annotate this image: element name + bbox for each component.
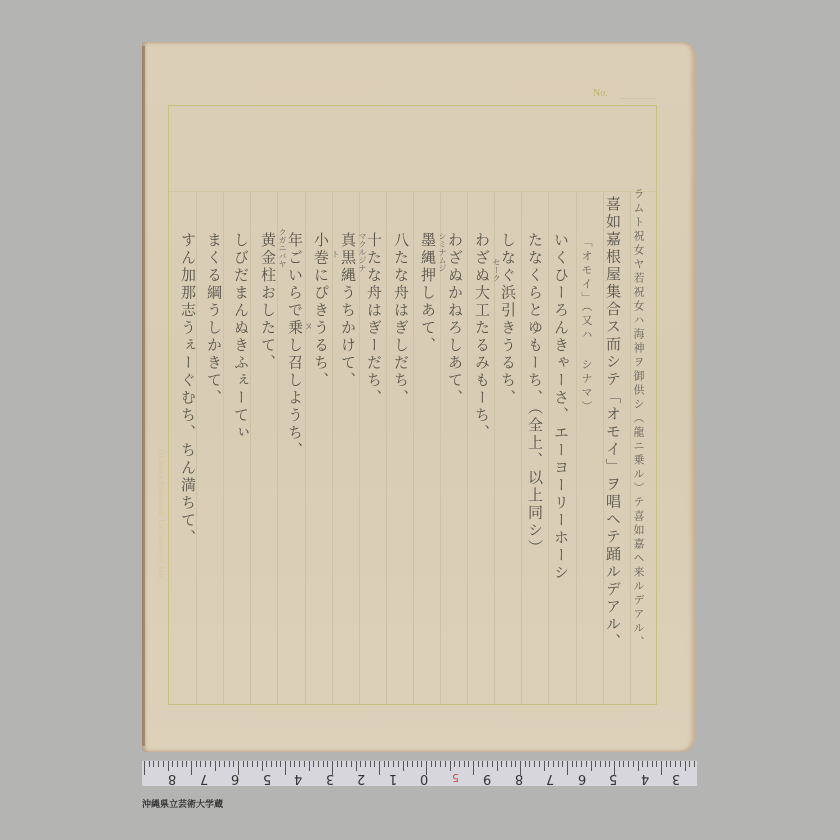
ruler-tick [215, 761, 216, 771]
ruler-tick [468, 761, 469, 767]
column-rule-line [467, 192, 468, 704]
ruler-tick [440, 761, 441, 767]
ruler-tick [388, 761, 389, 767]
ruler-tick [356, 761, 357, 771]
column-rule-line [548, 192, 549, 704]
ruler-tick [506, 761, 507, 767]
ruler-tick [351, 761, 352, 767]
ruler-tick [370, 761, 371, 767]
ruler-tick [186, 761, 187, 767]
ruler-tick [229, 761, 230, 767]
ruler-tick [417, 761, 418, 767]
column-rule-line [305, 192, 306, 704]
ruler-tick [609, 761, 610, 767]
ruler-tick [374, 761, 375, 767]
ruler-number: 8 [168, 771, 176, 786]
ruler-tick [431, 761, 432, 767]
ruler-tick [497, 761, 498, 771]
watermark-text: Okinawa Prefectural University of Arts [157, 450, 165, 579]
ruler-tick [403, 761, 404, 771]
ruler-tick [487, 761, 488, 767]
ruler-tick [205, 761, 206, 767]
ruler-tick [600, 761, 601, 767]
ruler-number: 0 [420, 771, 428, 786]
page-binding-edge [142, 46, 145, 746]
ruler-tick [252, 761, 253, 767]
ruler-tick [685, 761, 686, 771]
ruler-number: 4 [294, 771, 302, 786]
ruler-tick [153, 761, 154, 767]
ruler-tick [661, 761, 662, 775]
ruby-annotation: セーク [491, 258, 502, 282]
ruler-tick [384, 761, 385, 767]
ruler-tick [605, 761, 606, 767]
ruler-tick [689, 761, 690, 767]
manuscript-line: 年ごいらで乗し召しようち、 [287, 232, 302, 460]
ruler-tick [285, 761, 286, 775]
ruler-tick [262, 761, 263, 771]
ruler-tick [675, 761, 676, 767]
manuscript-line: わざぬかねろしあて、 [447, 232, 462, 407]
column-rule-line [576, 192, 577, 704]
ruler-tick [652, 761, 653, 767]
ruler-tick [309, 761, 310, 771]
ruler-number: 5 [609, 771, 617, 786]
manuscript-line: 十たな舟はぎーだち、 [366, 232, 381, 407]
ruler-tick [642, 761, 643, 767]
ruler-number: 3 [672, 771, 680, 786]
ruler-tick [576, 761, 577, 767]
ruler-number: 2 [357, 771, 365, 786]
ruler-tick [544, 761, 545, 771]
ruler-tick [529, 761, 530, 767]
ruler-tick [638, 761, 639, 771]
manuscript-line: 八たな舟はぎしだち、 [393, 232, 408, 407]
ruler-tick [172, 761, 173, 767]
ruler-tick [421, 761, 422, 767]
ruler-tick [337, 761, 338, 767]
ruler-tick [572, 761, 573, 767]
ruler-tick [271, 761, 272, 767]
ruler-tick [525, 761, 526, 767]
manuscript-line: すん加那志うぇーぐむち、ちん満ちて、 [180, 232, 195, 547]
ruler-number: 8 [515, 771, 523, 786]
ruler-tick [243, 761, 244, 767]
column-rule-line [223, 192, 224, 704]
ruler-tick [224, 761, 225, 767]
ruler-tick [586, 761, 587, 767]
ruler-tick [656, 761, 657, 767]
ruler-tick [196, 761, 197, 767]
ruler-tick [323, 761, 324, 767]
ruler-tick [567, 761, 568, 775]
ruler-number: 6 [578, 771, 586, 786]
ruler-tick [233, 761, 234, 767]
manuscript-line: まくる綱うしかきて、 [206, 232, 221, 407]
ruler-tick [633, 761, 634, 767]
ruler-tick [534, 761, 535, 767]
ruler-tick [360, 761, 361, 767]
manuscript-line: わざぬ大工たるみもーち、 [474, 232, 489, 442]
ruler-tick [299, 761, 300, 767]
ruler-number: 5 [263, 771, 271, 786]
ruler-tick [412, 761, 413, 767]
manuscript-line: 真黒縄うちかけて、 [340, 232, 355, 390]
ruler-tick [341, 761, 342, 767]
column-rule-line [630, 192, 631, 704]
ruler-tick [280, 761, 281, 767]
ruler-tick [511, 761, 512, 767]
ruler-tick [562, 761, 563, 767]
column-rule-line [413, 192, 414, 704]
ruler-tick [581, 761, 582, 767]
ruler-tick [558, 761, 559, 767]
ruler-tick [680, 761, 681, 767]
ruler-tick [210, 761, 211, 767]
ruler-tick [473, 761, 474, 775]
ruler-tick [379, 761, 380, 775]
ruler-tick [539, 761, 540, 767]
ruler-tick [266, 761, 267, 767]
ruler-tick [365, 761, 366, 767]
ruby-annotation: クガニバヤ [277, 228, 288, 268]
ruler-tick [435, 761, 436, 767]
manuscript-line: 小巻にぴきうるち、 [313, 232, 328, 390]
ruler-tick [450, 761, 451, 771]
ruler-number: 5 [452, 771, 459, 784]
ruler-number: 9 [483, 771, 491, 786]
manuscript-line: ラムト祝女ヤ若祝女ハ海神ヲ御供シ（龍ニ乗ル）テ喜如嘉ヘ来ルデアル、 [633, 188, 644, 650]
ruler-tick [478, 761, 479, 767]
collection-credit: 沖縄県立芸術大学蔵 [142, 797, 223, 810]
ruler-tick [666, 761, 667, 767]
ruler-tick [200, 761, 201, 767]
ruler-number: 4 [641, 771, 649, 786]
ruby-annotation: マクルジナ [357, 232, 368, 272]
ruler-tick [628, 761, 629, 767]
ruler-tick [182, 761, 183, 767]
column-rule-line [250, 192, 251, 704]
ruler-tick [144, 761, 145, 775]
ruler-tick [290, 761, 291, 767]
ruler-tick [318, 761, 319, 767]
ruler-tick [647, 761, 648, 767]
column-rule-line [332, 192, 333, 704]
ruler-tick [346, 761, 347, 767]
ruler-number: 7 [200, 771, 208, 786]
manuscript-line: 喜如嘉根屋集合ス而シテ「オモイ」ヲ唱ヘテ踊ルデアル、 [605, 196, 620, 651]
ruler-tick [163, 761, 164, 767]
ruler-number: 1 [389, 771, 397, 786]
ruler-tick [219, 761, 220, 767]
ruler-tick [158, 761, 159, 767]
ruler-tick [548, 761, 549, 767]
ruler-tick [492, 761, 493, 767]
ruler-number: 7 [546, 771, 554, 786]
manuscript-line: いくひーろんきゃーさ、エーヨーリーホーシ [553, 232, 568, 582]
ruler-tick [407, 761, 408, 767]
ruler-tick [694, 761, 695, 767]
ruler-tick [515, 761, 516, 767]
ruler-tick [501, 761, 502, 767]
ruler-number: 6 [231, 771, 239, 786]
manuscript-line: 「オモイ」（又ハ シナマ） [581, 236, 592, 415]
ruler-tick [257, 761, 258, 767]
manuscript-line: しびだまんぬきふぇーてぃ [233, 232, 248, 442]
ruby-annotation: ヌ [303, 322, 314, 330]
ruler-tick [595, 761, 596, 767]
ruler-number: 3 [326, 771, 334, 786]
page-number-label: No. [593, 88, 608, 99]
column-rule-line [386, 192, 387, 704]
ruler-tick [393, 761, 394, 767]
ruler-tick [553, 761, 554, 767]
ruler-tick [459, 761, 460, 767]
column-rule-line [521, 192, 522, 704]
ruler-tick [327, 761, 328, 767]
ruler-tick [591, 761, 592, 771]
ruler-tick [623, 761, 624, 767]
page-number-line [620, 98, 656, 99]
ruler-tick [313, 761, 314, 767]
manuscript-line: しなぐ浜引きうるち、 [500, 232, 515, 407]
ruler-tick [177, 761, 178, 767]
ruler-tick [445, 761, 446, 767]
ruby-annotation: ト [330, 250, 341, 258]
ruler-tick [294, 761, 295, 767]
manuscript-line: 黄金柱おしたて、 [260, 232, 275, 372]
ruler-tick [304, 761, 305, 767]
ruler-tick [670, 761, 671, 767]
ruler-tick [482, 761, 483, 767]
ruler-tick [191, 761, 192, 775]
ruler-tick [398, 761, 399, 767]
ruler-tick [149, 761, 150, 767]
ruler-tick [464, 761, 465, 767]
manuscript-line: 墨縄押しあて、 [420, 232, 435, 355]
ruler-tick [247, 761, 248, 767]
column-rule-line [277, 192, 278, 704]
ruler-tick [168, 761, 169, 771]
ruler-tick [276, 761, 277, 767]
measurement-ruler: 87654321059876543 [142, 760, 697, 786]
ruler-tick [454, 761, 455, 767]
ruby-annotation: シミナムジ [437, 232, 448, 272]
manuscript-line: たなくらとゆもーち、（全上、以上同シ） [527, 232, 542, 557]
ruler-tick [619, 761, 620, 767]
